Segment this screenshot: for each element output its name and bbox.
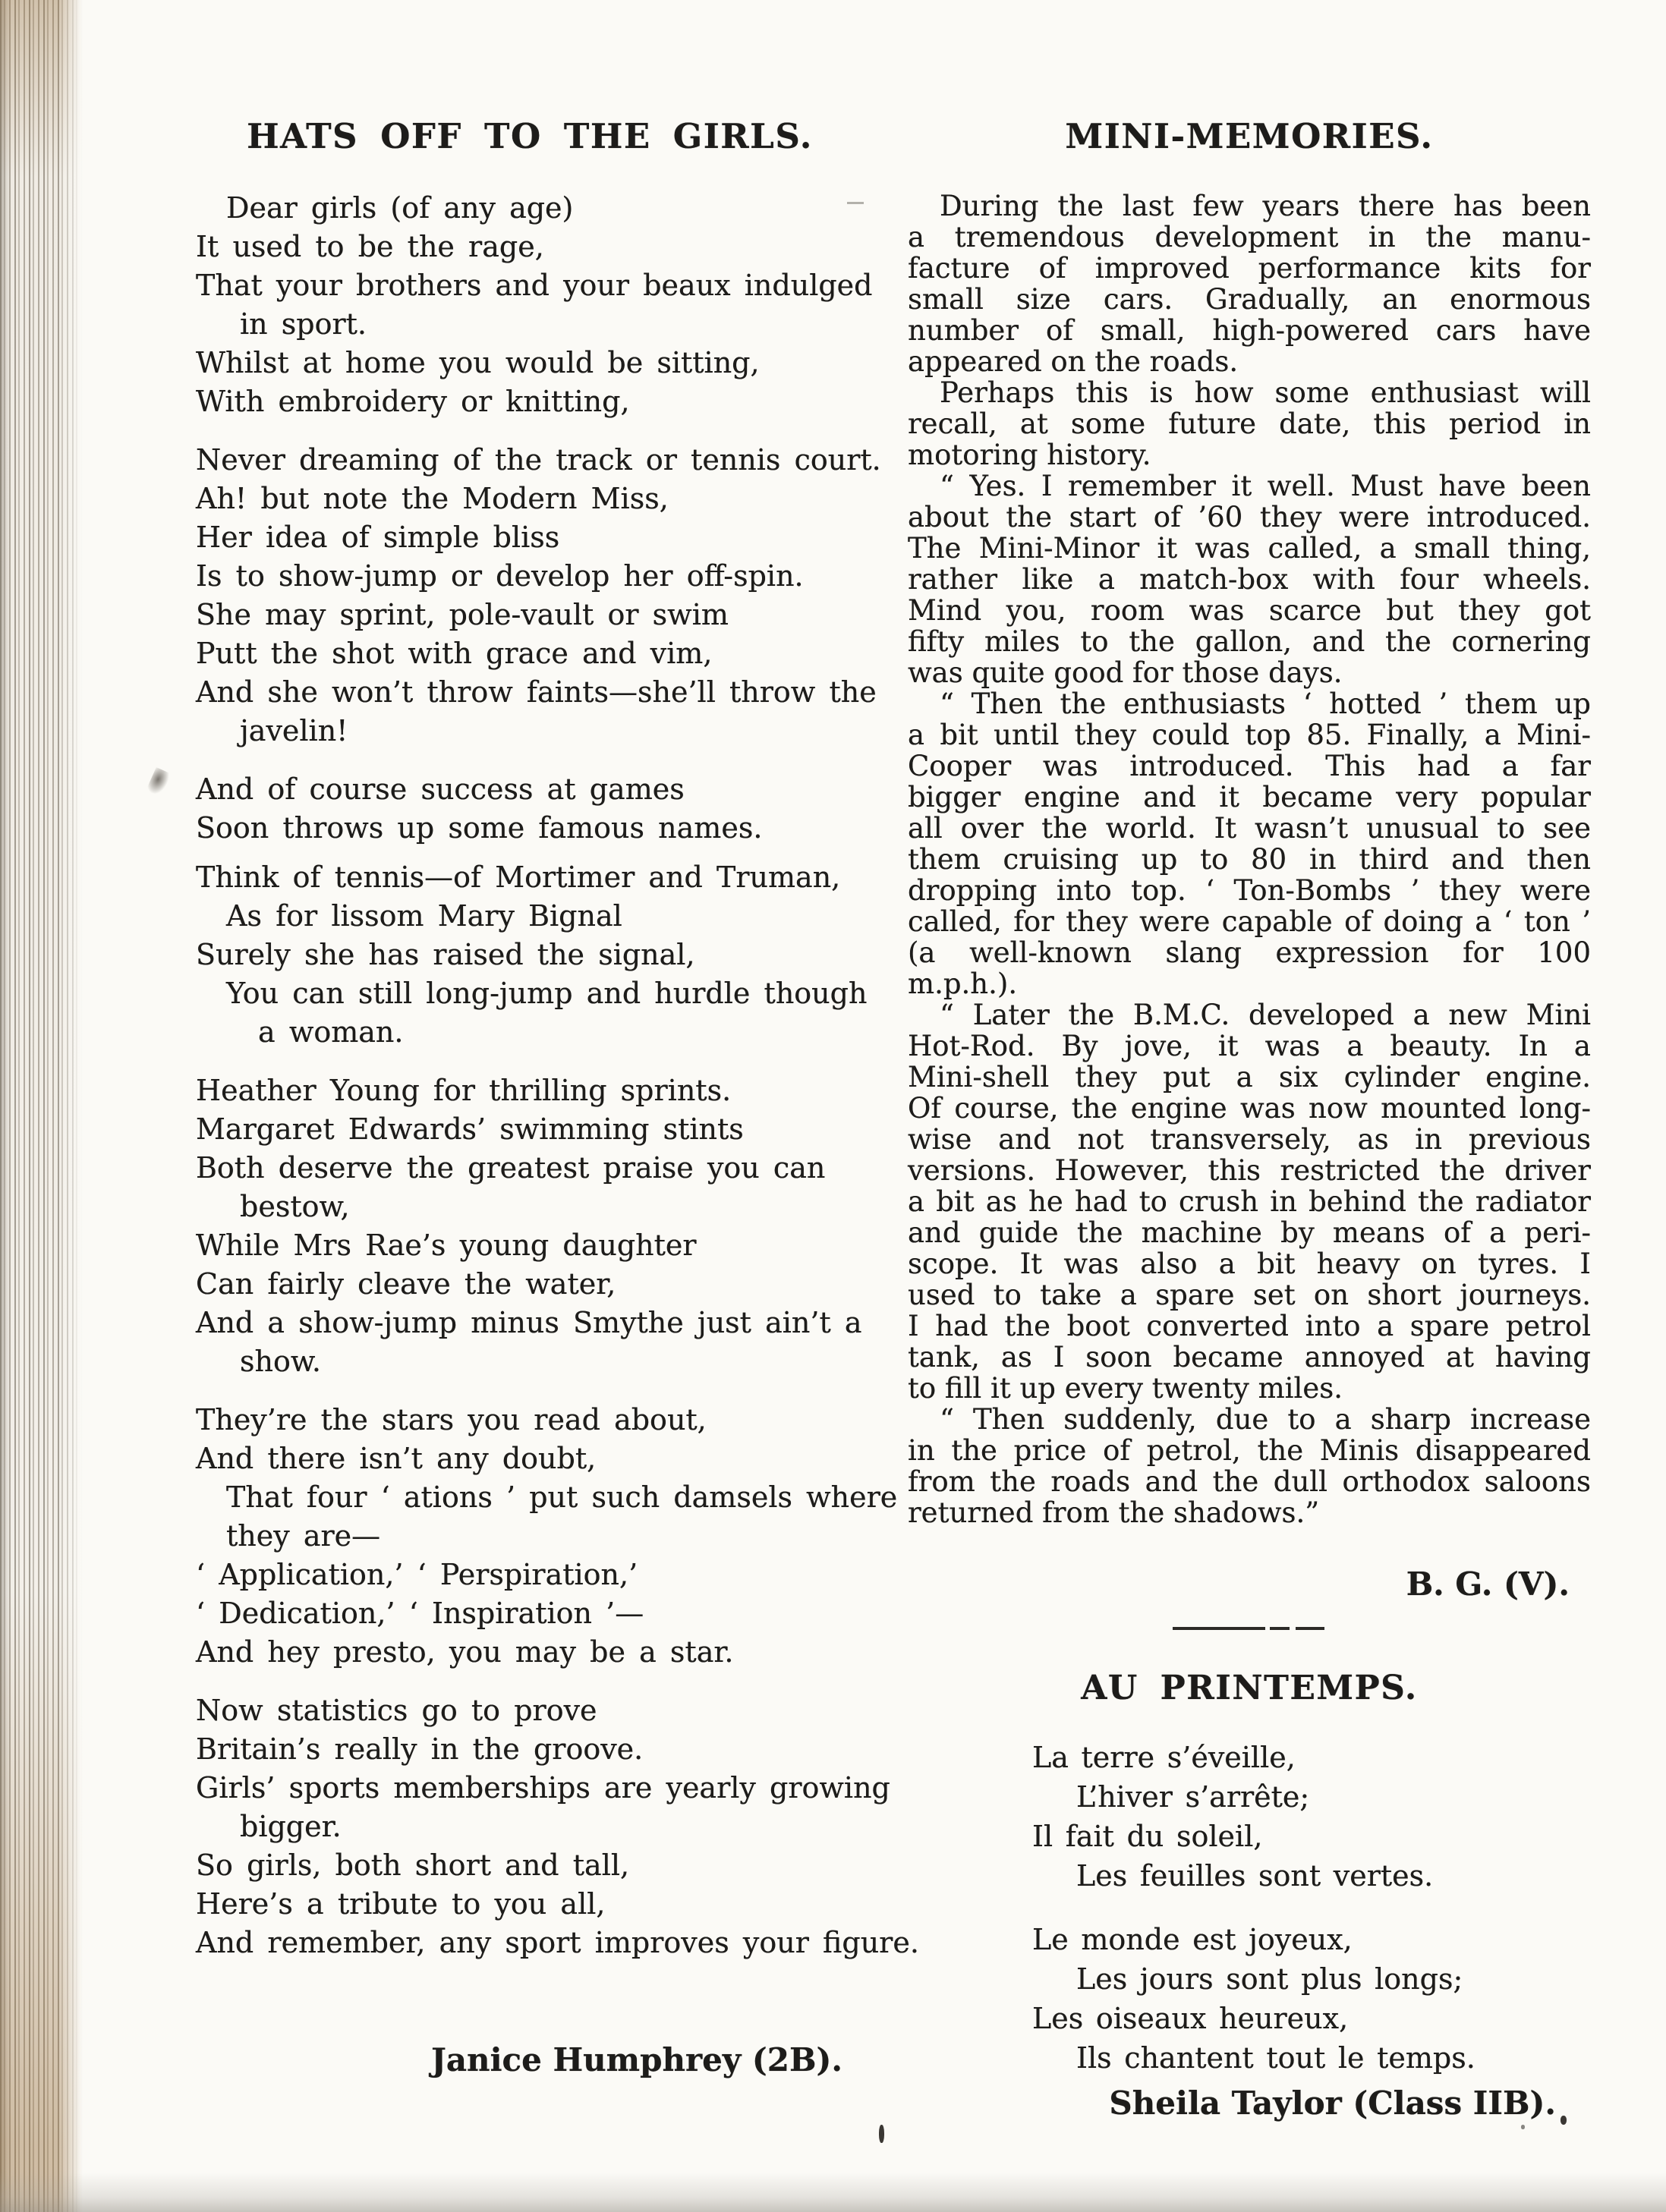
poem-line: Heather Young for thrilling sprints. <box>196 1071 864 1110</box>
poem-line: And remember, any sport improves your fi… <box>196 1924 864 1962</box>
poem-stanza: La terre s’éveille,L’hiver s’arrête;Il f… <box>1032 1738 1591 1896</box>
poem-line: Les jours sont plus longs; <box>1032 1959 1591 1999</box>
poem-line: L’hiver s’arrête; <box>1032 1777 1591 1817</box>
article-title-mini-memories: MINI-MEMORIES. <box>908 118 1591 156</box>
body-line: During the last few years there has been <box>908 190 1591 222</box>
poem-line: And of course success at games <box>196 770 864 809</box>
body-line: Mind you, room was scarce but they got <box>908 595 1591 626</box>
poem-line: They’re the stars you read about, <box>196 1401 864 1440</box>
author-signature: Janice Humphrey (2B). <box>196 2042 864 2078</box>
poem-line: show. <box>196 1342 864 1381</box>
poem-line: Dear girls (of any age) <box>196 189 864 228</box>
poem-line: La terre s’éveille, <box>1032 1738 1591 1777</box>
body-line: Perhaps this is how some enthusiast will <box>908 377 1591 408</box>
poem-line: Les feuilles sont vertes. <box>1032 1856 1591 1896</box>
body-line: fifty miles to the gallon, and the corne… <box>908 626 1591 657</box>
body-line: facture of improved performance kits for <box>908 253 1591 284</box>
body-line: was quite good for those days. <box>908 657 1591 688</box>
body-line: all over the world. It wasn’t unusual to… <box>908 813 1591 844</box>
page-binding-edge <box>0 0 85 2212</box>
poem-line: Surely she has raised the signal, <box>196 936 864 974</box>
body-line: Mini-shell they put a six cylinder engin… <box>908 1062 1591 1093</box>
poem-line: bigger. <box>196 1808 864 1846</box>
poem-line: That four ‘ ations ’ put such damsels wh… <box>196 1478 864 1517</box>
poem-line: While Mrs Rae’s young daughter <box>196 1226 864 1265</box>
article-body-mini-memories: During the last few years there has been… <box>908 190 1591 1528</box>
poem-stanza: And of course success at gamesSoon throw… <box>196 770 864 848</box>
author-signature: B. G. (V). <box>908 1566 1591 1603</box>
body-line: a bit until they could top 85. Finally, … <box>908 719 1591 750</box>
poem-hats-off: Dear girls (of any age)It used to be the… <box>196 189 864 1962</box>
poem-line: a woman. <box>196 1013 864 1052</box>
poem-line: Britain’s really in the groove. <box>196 1730 864 1769</box>
body-line: scope. It was also a bit heavy on tyres.… <box>908 1248 1591 1279</box>
poem-line: ‘ Dedication,’ ‘ Inspiration ’— <box>196 1594 864 1633</box>
body-line: and guide the machine by means of a peri… <box>908 1217 1591 1248</box>
poem-line: Think of tennis—of Mortimer and Truman, <box>196 858 864 897</box>
poem-line: And she won’t throw faints—she’ll throw … <box>196 673 864 712</box>
poem-line: Here’s a tribute to you all, <box>196 1885 864 1924</box>
body-line: “ Then the enthusiasts ‘ hotted ’ them u… <box>908 688 1591 719</box>
body-line: them cruising up to 80 in third and then <box>908 844 1591 875</box>
poem-line: Is to show-jump or develop her off-spin. <box>196 557 864 596</box>
poem-line: With embroidery or knitting, <box>196 382 864 421</box>
body-line: from the roads and the dull orthodox sal… <box>908 1466 1591 1497</box>
body-line: “ Yes. I remember it well. Must have bee… <box>908 470 1591 502</box>
poem-line: ‘ Application,’ ‘ Perspiration,’ <box>196 1556 864 1594</box>
poem-stanza: Heather Young for thrilling sprints.Marg… <box>196 1071 864 1381</box>
body-line: a bit as he had to crush in behind the r… <box>908 1186 1591 1217</box>
body-line: m.p.h.). <box>908 968 1591 999</box>
poem-line: Whilst at home you would be sitting, <box>196 344 864 382</box>
body-line: versions. However, this restricted the d… <box>908 1155 1591 1186</box>
poem-line: Les oiseaux heureux, <box>1032 1999 1591 2038</box>
poem-line: in sport. <box>196 305 864 344</box>
body-line: wise and not transversely, as in previou… <box>908 1124 1591 1155</box>
poem-line: they are— <box>196 1517 864 1556</box>
poem-line: Never dreaming of the track or tennis co… <box>196 441 864 480</box>
poem-line: And a show-jump minus Smythe just ain’t … <box>196 1304 864 1342</box>
poem-stanza: Never dreaming of the track or tennis co… <box>196 441 864 750</box>
article-title-hats-off: HATS OFF TO THE GIRLS. <box>196 118 864 156</box>
poem-line: Both deserve the greatest praise you can <box>196 1149 864 1188</box>
body-line: Hot-Rod. By jove, it was a beauty. In a <box>908 1030 1591 1062</box>
body-line: I had the boot converted into a spare pe… <box>908 1311 1591 1342</box>
body-line: Cooper was introduced. This had a far <box>908 750 1591 782</box>
body-line: “ Later the B.M.C. developed a new Mini <box>908 999 1591 1030</box>
poem-stanza: Think of tennis—of Mortimer and Truman,A… <box>196 858 864 1052</box>
body-line: a tremendous development in the manu- <box>908 222 1591 253</box>
poem-line: As for lissom Mary Bignal <box>196 897 864 936</box>
paragraph: “ Later the B.M.C. developed a new MiniH… <box>908 999 1591 1404</box>
poem-line: Il fait du soleil, <box>1032 1817 1591 1856</box>
scan-bottom-noise <box>0 2173 1666 2212</box>
poem-line: You can still long-jump and hurdle thoug… <box>196 974 864 1013</box>
poem-line: Soon throws up some famous names. <box>196 809 864 848</box>
poem-line: So girls, both short and tall, <box>196 1846 864 1885</box>
poem-line: That your brothers and your beaux indulg… <box>196 266 864 305</box>
body-line: Of course, the engine was now mounted lo… <box>908 1093 1591 1124</box>
body-line: dropping into top. ‘ Ton-Bombs ’ they we… <box>908 875 1591 906</box>
paragraph: Perhaps this is how some enthusiast will… <box>908 377 1591 470</box>
poem-stanza: Dear girls (of any age)It used to be the… <box>196 189 864 421</box>
body-line: bigger engine and it became very popular <box>908 782 1591 813</box>
body-line: motoring history. <box>908 439 1591 470</box>
body-line: rather like a match-box with four wheels… <box>908 564 1591 595</box>
body-line: The Mini-Minor it was called, a small th… <box>908 533 1591 564</box>
poem-line: javelin! <box>196 712 864 750</box>
poem-line: It used to be the rage, <box>196 228 864 266</box>
right-column: MINI-MEMORIES. During the last few years… <box>908 118 1591 2122</box>
section-divider <box>1173 1627 1324 1630</box>
body-line: about the start of ’60 they were introdu… <box>908 502 1591 533</box>
paragraph: “ Yes. I remember it well. Must have bee… <box>908 470 1591 688</box>
poem-stanza: Le monde est joyeux,Les jours sont plus … <box>1032 1920 1591 2078</box>
ink-smudge <box>146 767 172 798</box>
body-line: in the price of petrol, the Minis disapp… <box>908 1435 1591 1466</box>
paragraph: “ Then suddenly, due to a sharp increase… <box>908 1404 1591 1528</box>
poem-line: Ils chantent tout le temps. <box>1032 2038 1591 2078</box>
poem-line: Putt the shot with grace and vim, <box>196 634 864 673</box>
paragraph: During the last few years there has been… <box>908 190 1591 377</box>
poem-line: Margaret Edwards’ swimming stints <box>196 1110 864 1149</box>
ink-speck <box>1521 2125 1525 2129</box>
poem-line: And hey presto, you may be a star. <box>196 1633 864 1672</box>
poem-line: Her idea of simple bliss <box>196 518 864 557</box>
poem-line: She may sprint, pole-vault or swim <box>196 596 864 634</box>
poem-line: bestow, <box>196 1188 864 1226</box>
body-line: to fill it up every twenty miles. <box>908 1373 1591 1404</box>
body-line: appeared on the roads. <box>908 346 1591 377</box>
poem-line: Now statistics go to prove <box>196 1691 864 1730</box>
poem-line: And there isn’t any doubt, <box>196 1440 864 1478</box>
poem-stanza: They’re the stars you read about,And the… <box>196 1401 864 1672</box>
body-line: tank, as I soon became annoyed at having <box>908 1342 1591 1373</box>
scanned-magazine-page: { "page": { "background": "#fbfaf6", "in… <box>0 0 1666 2212</box>
body-line: “ Then suddenly, due to a sharp increase <box>908 1404 1591 1435</box>
paragraph: “ Then the enthusiasts ‘ hotted ’ them u… <box>908 688 1591 999</box>
poem-line: Can fairly cleave the water, <box>196 1265 864 1304</box>
body-line: recall, at some future date, this period… <box>908 408 1591 439</box>
body-line: used to take a spare set on short journe… <box>908 1279 1591 1311</box>
body-line: returned from the shadows.” <box>908 1497 1591 1528</box>
poem-line: Ah! but note the Modern Miss, <box>196 480 864 518</box>
article-title-au-printemps: AU PRINTEMPS. <box>908 1669 1591 1707</box>
poem-line: Le monde est joyeux, <box>1032 1920 1591 1959</box>
ink-speck <box>879 2125 884 2143</box>
body-line: small size cars. Gradually, an enormous <box>908 284 1591 315</box>
body-line: number of small, high-powered cars have <box>908 315 1591 346</box>
poem-au-printemps: La terre s’éveille,L’hiver s’arrête;Il f… <box>908 1738 1591 2078</box>
author-signature: Sheila Taylor (Class IIB). <box>908 2085 1591 2122</box>
poem-line: Girls’ sports memberships are yearly gro… <box>196 1769 864 1808</box>
body-line: called, for they were capable of doing a… <box>908 906 1591 937</box>
body-line: (a well-known slang expression for 100 <box>908 937 1591 968</box>
left-column: HATS OFF TO THE GIRLS. Dear girls (of an… <box>196 118 864 2078</box>
poem-stanza: Now statistics go to proveBritain’s real… <box>196 1691 864 1962</box>
